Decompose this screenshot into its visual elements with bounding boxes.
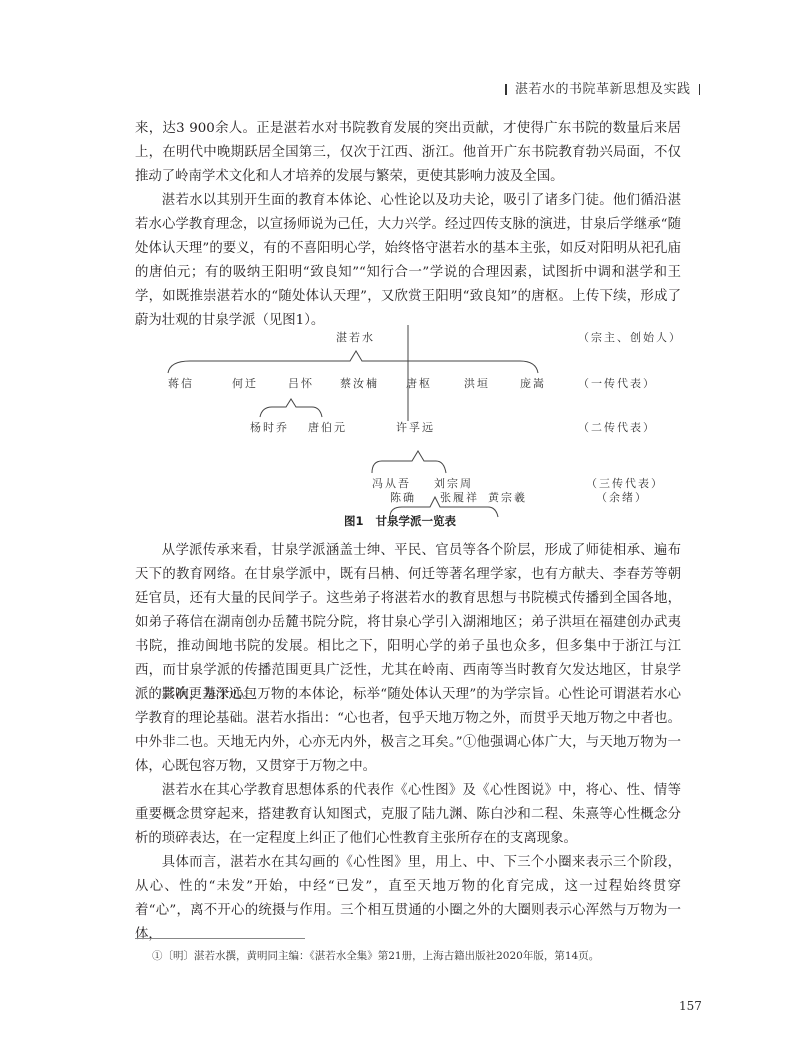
level-label-second: （二传代表） bbox=[578, 419, 656, 435]
root-name: 湛若水 bbox=[336, 329, 375, 345]
paragraph-text: 来，达3 900余人。正是湛若水对书院教育发展的突出贡献，才使得广东书院的数量后… bbox=[135, 117, 681, 189]
paragraph-text: 湛若水在其心学教育思想体系的代表作《心性图》及《心性图说》中，将心、性、情等重要… bbox=[135, 779, 681, 851]
first-gen-name: 洪垣 bbox=[464, 375, 490, 391]
paragraph-lineage: 从学派传承来看，甘泉学派涵盖士绅、平民、官员等各个阶层，形成了师徒相承、遍布天下… bbox=[135, 539, 681, 707]
first-gen-name: 唐枢 bbox=[406, 375, 432, 391]
first-gen-name: 何迁 bbox=[232, 375, 258, 391]
second-gen-name: 许孚远 bbox=[396, 419, 435, 435]
level-label-first: （一传代表） bbox=[578, 375, 656, 391]
first-gen-name: 蔡汝楠 bbox=[340, 375, 379, 391]
running-title: 湛若水的书院革新思想及实践 bbox=[515, 82, 691, 97]
first-gen-name: 蒋信 bbox=[168, 375, 194, 391]
figure-caption: 图1甘泉学派一览表 bbox=[0, 513, 800, 529]
paragraph-specifics: 具体而言，湛若水在其勾画的《心性图》里，用上、中、下三个小圈来表示三个阶段，从心… bbox=[135, 851, 681, 947]
paragraph-text: 其次，基于心包万物的本体论，标举“随处体认天理”的为学宗旨。心性论可谓湛若水心学… bbox=[135, 683, 681, 779]
second-gen-name: 唐伯元 bbox=[308, 419, 347, 435]
header-bar-left bbox=[505, 84, 507, 95]
paragraph-continued: 来，达3 900余人。正是湛若水对书院教育发展的突出贡献，才使得广东书院的数量后… bbox=[135, 117, 681, 189]
figure-title: 甘泉学派一览表 bbox=[376, 514, 457, 528]
paragraph-text: 湛若水以其别开生面的教育本体论、心性论以及功夫论，吸引了诸多门徒。他们循沿湛若水… bbox=[135, 189, 681, 333]
paragraph-xinxingtu: 湛若水在其心学教育思想体系的代表作《心性图》及《心性图说》中，将心、性、情等重要… bbox=[135, 779, 681, 851]
header-bar-right bbox=[699, 84, 701, 95]
paragraph-ontology: 其次，基于心包万物的本体论，标举“随处体认天理”的为学宗旨。心性论可谓湛若水心学… bbox=[135, 683, 681, 779]
lineage-diagram: 湛若水 （宗主、创始人） 蒋信 何迁 吕怀 蔡汝楠 唐枢 洪垣 庞嵩 （一传代表… bbox=[150, 325, 710, 535]
paragraph-text: 具体而言，湛若水在其勾画的《心性图》里，用上、中、下三个小圈来表示三个阶段，从心… bbox=[135, 851, 681, 947]
fourth-gen-name: 黄宗羲 bbox=[488, 489, 527, 505]
first-gen-name: 庞嵩 bbox=[520, 375, 546, 391]
level-label-rest: （余绪） bbox=[596, 489, 648, 505]
fourth-gen-name: 张履祥 bbox=[440, 489, 479, 505]
figure-number: 图1 bbox=[344, 514, 364, 528]
level-label-root: （宗主、创始人） bbox=[578, 329, 682, 345]
fourth-gen-name: 陈确 bbox=[390, 489, 416, 505]
paragraph-disciples: 湛若水以其别开生面的教育本体论、心性论以及功夫论，吸引了诸多门徒。他们循沿湛若水… bbox=[135, 189, 681, 333]
footnote: ①〔明〕湛若水撰，黄明同主编：《湛若水全集》第21册，上海古籍出版社2020年版… bbox=[152, 948, 599, 963]
paragraph-text: 从学派传承来看，甘泉学派涵盖士绅、平民、官员等各个阶层，形成了师徒相承、遍布天下… bbox=[135, 539, 681, 707]
page-number: 157 bbox=[679, 999, 702, 1013]
first-gen-name: 吕怀 bbox=[288, 375, 314, 391]
footnote-divider bbox=[135, 938, 305, 939]
second-gen-name: 杨时乔 bbox=[250, 419, 289, 435]
running-header: 湛若水的书院革新思想及实践 bbox=[497, 78, 708, 97]
